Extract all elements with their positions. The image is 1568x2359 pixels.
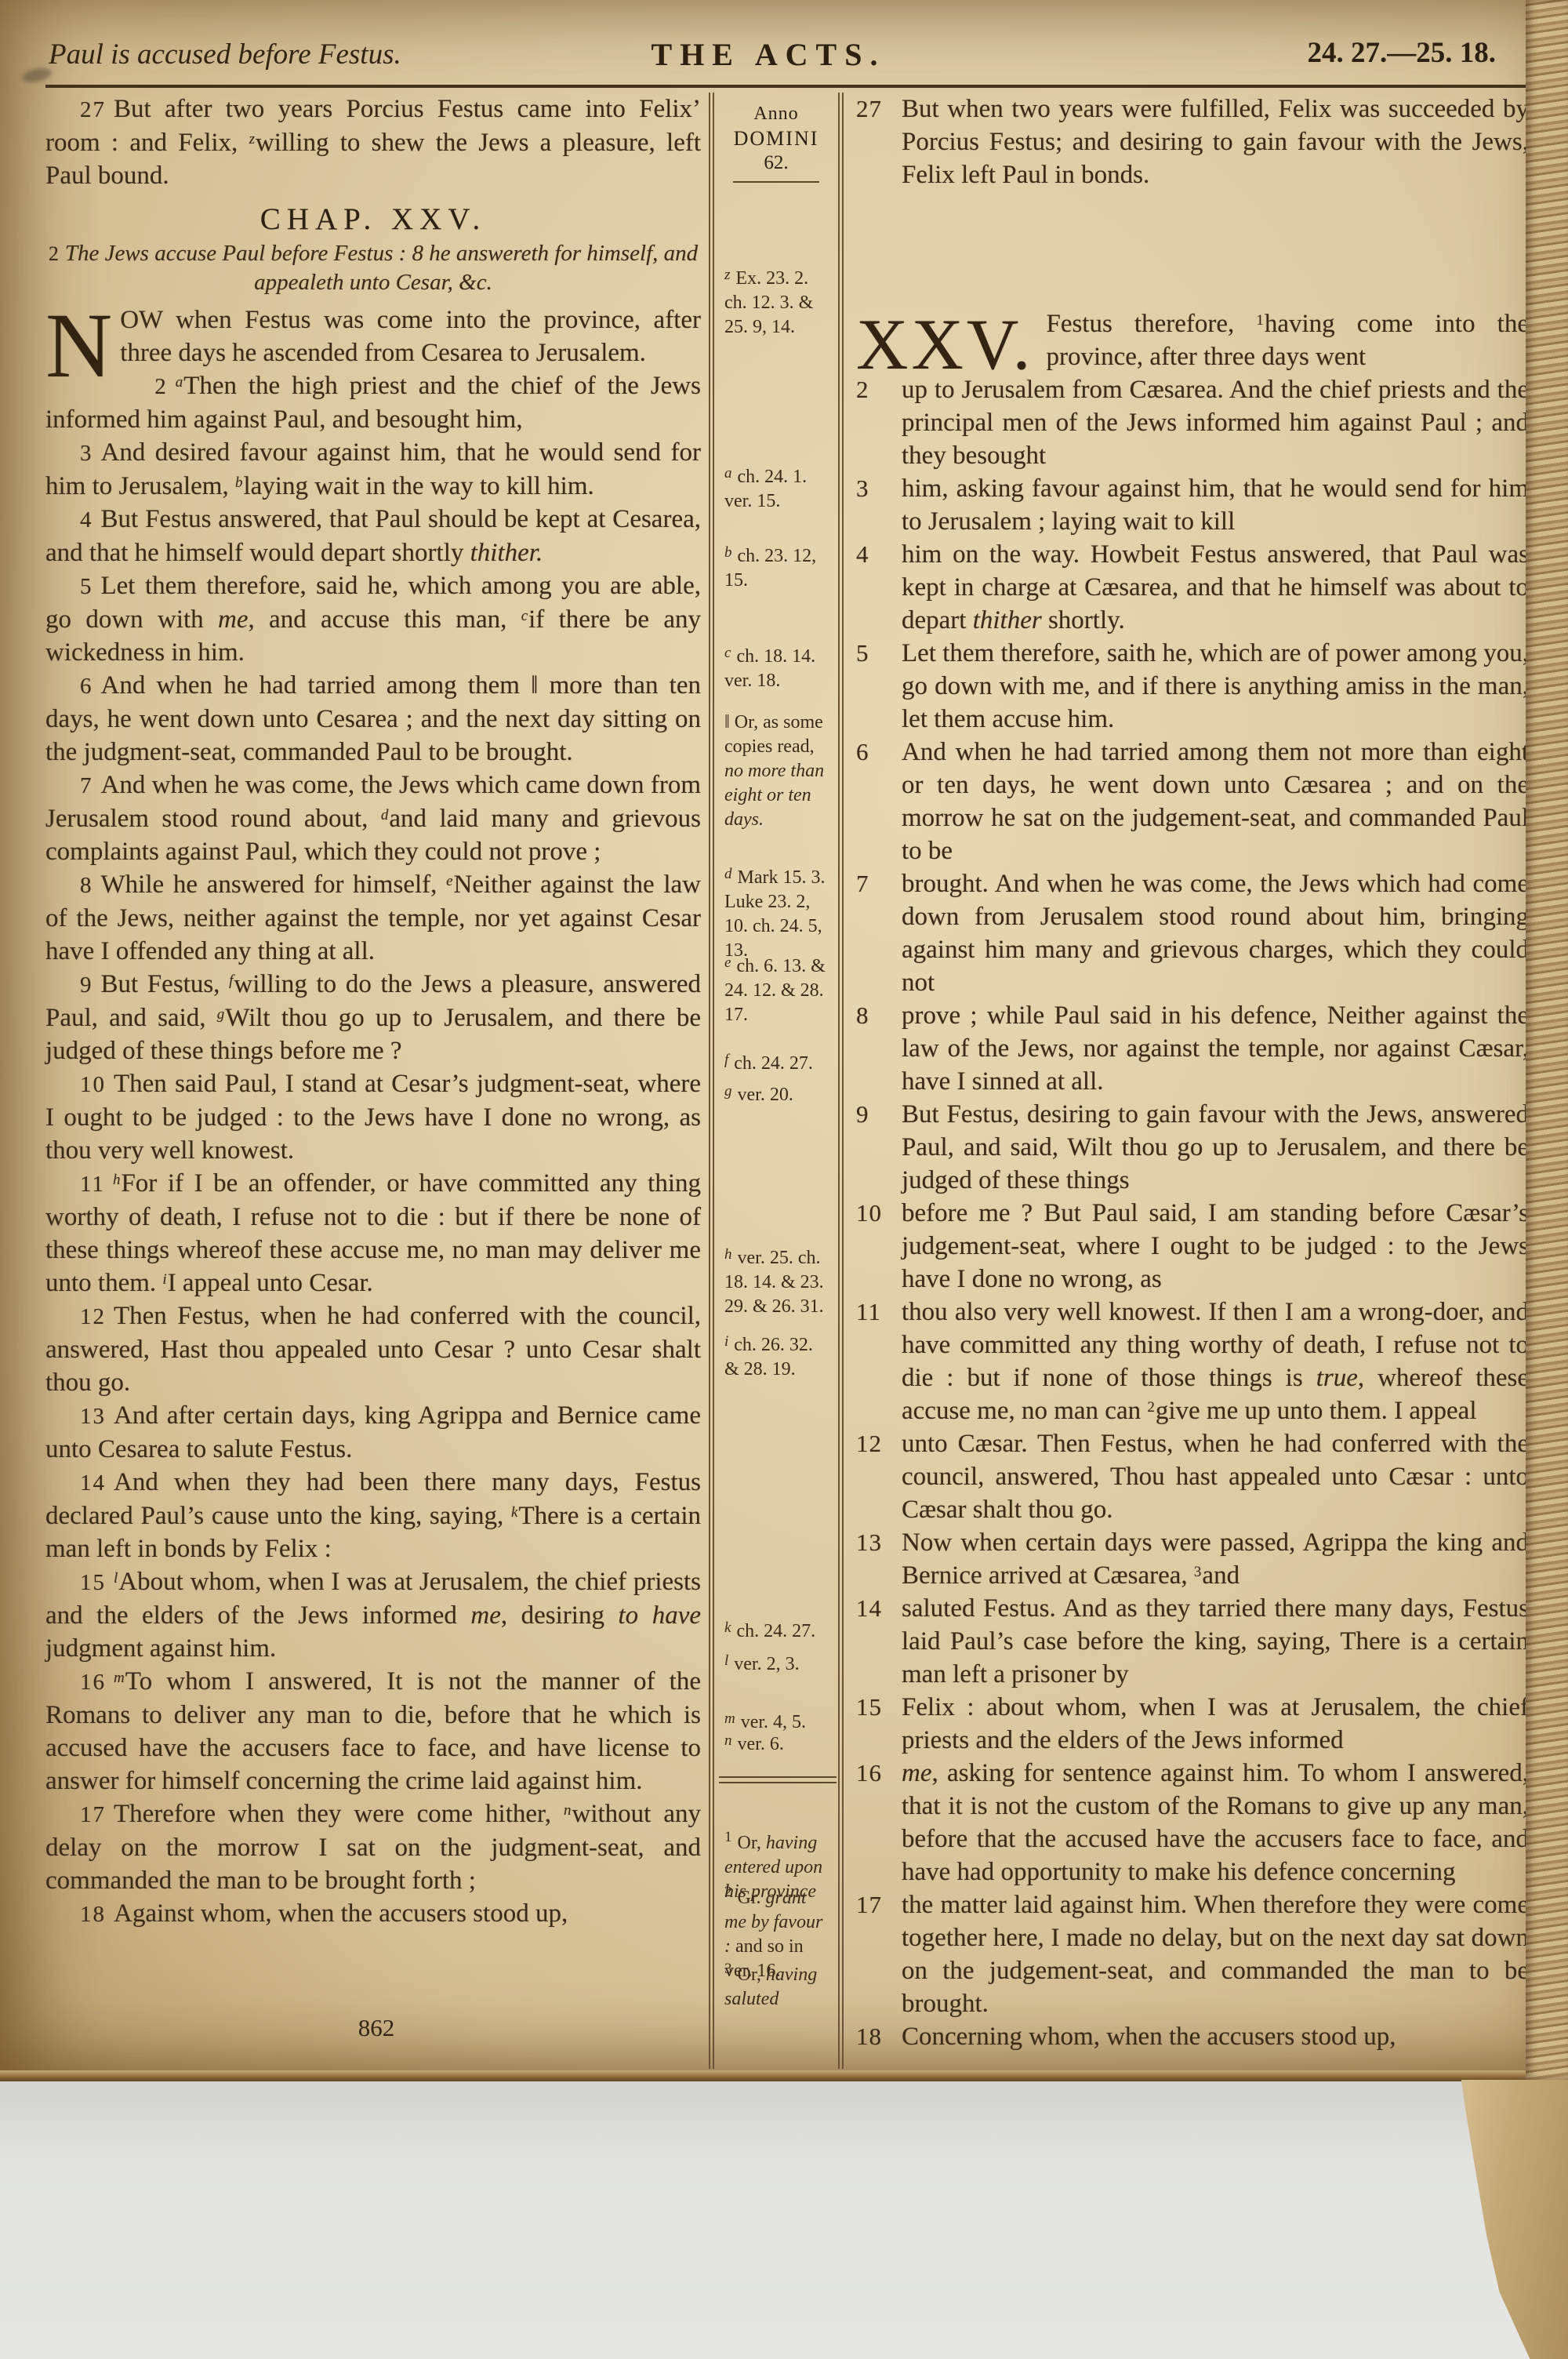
italic-text: grant me by favour : (724, 1888, 822, 1957)
verse-number: 27 (80, 97, 114, 122)
verse-number: 13 (80, 1404, 114, 1429)
chapter-summary: 2The Jews accuse Paul before Festus : 8 … (45, 239, 701, 297)
verse-number: 3 (856, 472, 895, 505)
rv-verse: 11thou also very well knowest. If then I… (856, 1296, 1529, 1427)
italic-text: me (470, 1601, 500, 1630)
kjv-verse: 5Let them therefore, said he, which amon… (45, 569, 701, 669)
rv-verse: 10before me ? But Paul said, I am standi… (856, 1197, 1529, 1296)
rv-verse: 12unto Cæsar. Then Festus, when he had c… (856, 1427, 1529, 1526)
rv-verse: 14saluted Festus. And as they tarried th… (856, 1592, 1529, 1691)
rv-verse: 9But Festus, desiring to gain favour wit… (856, 1098, 1529, 1197)
scan-background (0, 2080, 1568, 2359)
margin-note: h ver. 25. ch. 18. 14. & 23. 29. & 26. 3… (724, 1246, 831, 1319)
verse-number: 5 (80, 574, 101, 599)
margin-note: i ch. 26. 32. & 28. 19. (724, 1333, 831, 1382)
page-number: 862 (298, 2014, 455, 2042)
kjv-verse: 7And when he was come, the Jews which ca… (45, 769, 701, 868)
rv-verse: 3him, asking favour against him, that he… (856, 472, 1529, 538)
fore-edge-pages (1526, 0, 1568, 2080)
verse-number: 17 (856, 1888, 895, 1921)
verse-number: 11 (856, 1296, 895, 1329)
kjv-verse: 10Then said Paul, I stand at Cesar’s jud… (45, 1067, 701, 1167)
verse-number: 7 (856, 867, 895, 900)
rv-verse: 15Felix : about whom, when I was at Jeru… (856, 1691, 1529, 1757)
verse-number: 2 (856, 373, 895, 406)
italic-text: me (902, 1759, 931, 1787)
margin-divider-rule (719, 1776, 837, 1783)
margin-note: n ver. 6. (724, 1732, 831, 1757)
crossref-marker: m (114, 1670, 125, 1686)
crossref-marker: f (229, 972, 234, 989)
note-symbol: 2 (724, 1884, 733, 1900)
margin-note: d Mark 15. 3. Luke 23. 2, 10. ch. 24. 5,… (724, 866, 831, 963)
rv-verse: 13Now when certain days were passed, Agr… (856, 1526, 1529, 1592)
margin-note: a ch. 24. 1. ver. 15. (724, 465, 831, 514)
verse-number: 2 (154, 374, 176, 399)
note-symbol: d (724, 866, 733, 882)
verse-number: 18 (856, 2020, 895, 2053)
kjv-verse: 16mTo whom I answered, It is not the man… (45, 1665, 701, 1797)
anno-line: DOMINI (714, 126, 838, 151)
kjv-verse: 12Then Festus, when he had conferred wit… (45, 1299, 701, 1399)
anno-line: 62. (714, 151, 838, 175)
margin-note: g ver. 20. (724, 1083, 831, 1107)
crossref-marker: a (176, 374, 184, 391)
drop-cap: N (45, 304, 120, 382)
kjv-verse: 6And when he had tarried among them ‖ mo… (45, 669, 701, 769)
verse-number: 9 (856, 1098, 895, 1131)
crossref-marker: i (162, 1271, 167, 1288)
note-symbol: e (724, 954, 731, 971)
paper-page: Paul is accused before Festus. THE ACTS.… (0, 0, 1568, 2080)
margin-note: ‖ Or, as some copies read, no more than … (724, 711, 831, 832)
verse-number: 15 (80, 1570, 114, 1595)
kjv-verse: 9But Festus, fwilling to do the Jews a p… (45, 968, 701, 1067)
note-symbol: i (724, 1333, 729, 1350)
anno-rule (733, 181, 819, 183)
verse-number: 11 (80, 1172, 113, 1197)
verse-number: 8 (80, 873, 101, 898)
crossref-marker: e (446, 873, 453, 889)
verse-number: 6 (856, 736, 895, 769)
kjv-verse: 15lAbout whom, when I was at Jerusalem, … (45, 1565, 701, 1665)
crossref-marker: k (511, 1504, 518, 1521)
verse-number: 16 (80, 1670, 114, 1695)
verse-number: 13 (856, 1526, 895, 1559)
italic-text: no more than eight or ten days. (724, 761, 824, 830)
italic-text: me (218, 605, 248, 634)
anno-line: Anno (714, 102, 838, 126)
verse-number: 4 (80, 507, 101, 533)
book-title: THE ACTS. (0, 36, 1537, 73)
columns: 27But after two years Porcius Festus cam… (45, 93, 1529, 2069)
verse-number: 12 (856, 1427, 895, 1460)
verse-number: 14 (856, 1592, 895, 1625)
crossref-marker: d (381, 807, 390, 823)
kjv-verse: 8While he answered for himself, eNeither… (45, 868, 701, 968)
chapter-heading: CHAP. XXV. (45, 203, 701, 236)
rv-verse: 7brought. And when he was come, the Jews… (856, 867, 1529, 999)
margin-note: l ver. 2, 3. (724, 1652, 831, 1677)
note-symbol: z (724, 267, 731, 283)
margin-note: k ch. 24. 27. (724, 1619, 831, 1644)
margin-note: c ch. 18. 14. ver. 18. (724, 645, 831, 693)
rv-chapter-start: XXV.Festus therefore, 1having come into … (856, 307, 1529, 373)
note-symbol: k (724, 1619, 731, 1636)
verse-number: 17 (80, 1802, 114, 1827)
summary-number: 2 (49, 242, 65, 265)
rv-verse: 5Let them therefore, saith he, which are… (856, 637, 1529, 736)
note-symbol: n (724, 1732, 733, 1749)
margin-note: b ch. 23. 12, 15. (724, 544, 831, 593)
italic-text: to have (619, 1601, 702, 1630)
chapter-numeral: XXV. (856, 307, 1046, 373)
kjv-verse: 27But after two years Porcius Festus cam… (45, 93, 701, 192)
margin-note: f ch. 24. 27. (724, 1052, 831, 1076)
note-symbol: 1 (724, 1829, 733, 1845)
note-symbol: c (724, 645, 731, 661)
rv-verse: 17the matter laid against him. When ther… (856, 1888, 1529, 2020)
verse-number: 16 (856, 1757, 895, 1790)
crossref-marker: l (114, 1570, 118, 1587)
page-bottom-edge (0, 2070, 1568, 2081)
rv-column: 27But when two years were fulfilled, Fel… (844, 93, 1529, 2069)
italic-text: having saluted (724, 1965, 817, 2009)
note-symbol: g (724, 1083, 733, 1100)
note-symbol: a (724, 465, 733, 482)
verse-number: 14 (80, 1470, 114, 1496)
verse-number: 3 (80, 441, 101, 466)
verse-range: 24. 27.—25. 18. (1308, 36, 1497, 70)
note-symbol: f (724, 1052, 729, 1068)
verse-number: 6 (80, 674, 101, 699)
crossref-marker: 2 (1147, 1399, 1156, 1416)
crossref-marker: 3 (1194, 1564, 1203, 1580)
kjv-verse: 17Therefore when they were come hither, … (45, 1797, 701, 1897)
margin-note: m ver. 4, 5. (724, 1710, 831, 1735)
header-rule (45, 85, 1529, 88)
kjv-verse: 13And after certain days, king Agrippa a… (45, 1399, 701, 1466)
verse-number: 15 (856, 1691, 895, 1724)
verse-number: 7 (80, 773, 101, 798)
kjv-verse: 14And when they had been there many days… (45, 1466, 701, 1565)
note-symbol: l (724, 1652, 729, 1669)
kjv-verse-dropcap: NOW when Festus was come into the provin… (45, 304, 701, 369)
anno-domini: Anno DOMINI 62. (714, 102, 838, 183)
verse-number: 27 (856, 93, 895, 125)
crossref-marker: c (521, 608, 528, 624)
crossref-marker: h (113, 1172, 122, 1188)
note-symbol: h (724, 1246, 733, 1263)
crossref-marker: b (235, 474, 244, 491)
kjv-verse: 2aThen the high priest and the chief of … (45, 369, 701, 436)
crossref-marker: 1 (1256, 312, 1265, 329)
verse-number: 12 (80, 1304, 114, 1329)
crossref-marker: n (564, 1802, 572, 1819)
kjv-verse: 3And desired favour against him, that he… (45, 436, 701, 503)
kjv-verse: 18Against whom, when the accusers stood … (45, 1897, 701, 1931)
rv-verse: 4him on the way. Howbeit Festus answered… (856, 538, 1529, 637)
margin-footnote: 3 Or, having saluted (724, 1963, 831, 2012)
italic-text: true (1316, 1364, 1358, 1392)
rv-verse: 6And when he had tarried among them not … (856, 736, 1529, 867)
crossref-marker: g (217, 1006, 226, 1023)
kjv-verse: 11hFor if I be an offender, or have comm… (45, 1167, 701, 1299)
kjv-verse: 4But Festus answered, that Paul should b… (45, 503, 701, 569)
margin-note: e ch. 6. 13. & 24. 12. & 28. 17. (724, 954, 831, 1027)
italic-text: thither. (470, 539, 543, 567)
verse-number: 18 (80, 1902, 114, 1927)
rv-verse: 16me, asking for sentence against him. T… (856, 1757, 1529, 1888)
italic-text: thither (973, 606, 1042, 634)
rv-verse-27: 27But when two years were fulfilled, Fel… (856, 93, 1529, 191)
kjv-column: 27But after two years Porcius Festus cam… (45, 93, 709, 2069)
verse-number: 10 (856, 1197, 895, 1230)
rv-verse: 8prove ; while Paul said in his defence,… (856, 999, 1529, 1098)
verse-number: 10 (80, 1072, 114, 1097)
note-symbol: 3 (724, 1961, 733, 1977)
verse-number: 9 (80, 972, 101, 998)
margin-reference-column: Anno DOMINI 62. z Ex. 23. 2. ch. 12. 3. … (709, 93, 844, 2069)
note-symbol: m (724, 1710, 736, 1727)
rv-verse: 18Concerning whom, when the accusers sto… (856, 2020, 1529, 2053)
verse-number: 5 (856, 637, 895, 670)
crossref-marker: z (249, 131, 256, 147)
note-symbol: b (724, 544, 733, 561)
rv-verse: 2up to Jerusalem from Cæsarea. And the c… (856, 373, 1529, 472)
verse-number: 8 (856, 999, 895, 1032)
margin-note: z Ex. 23. 2. ch. 12. 3. & 25. 9, 14. (724, 267, 831, 340)
verse-number: 4 (856, 538, 895, 571)
book-page-scan: Paul is accused before Festus. THE ACTS.… (0, 0, 1568, 2359)
